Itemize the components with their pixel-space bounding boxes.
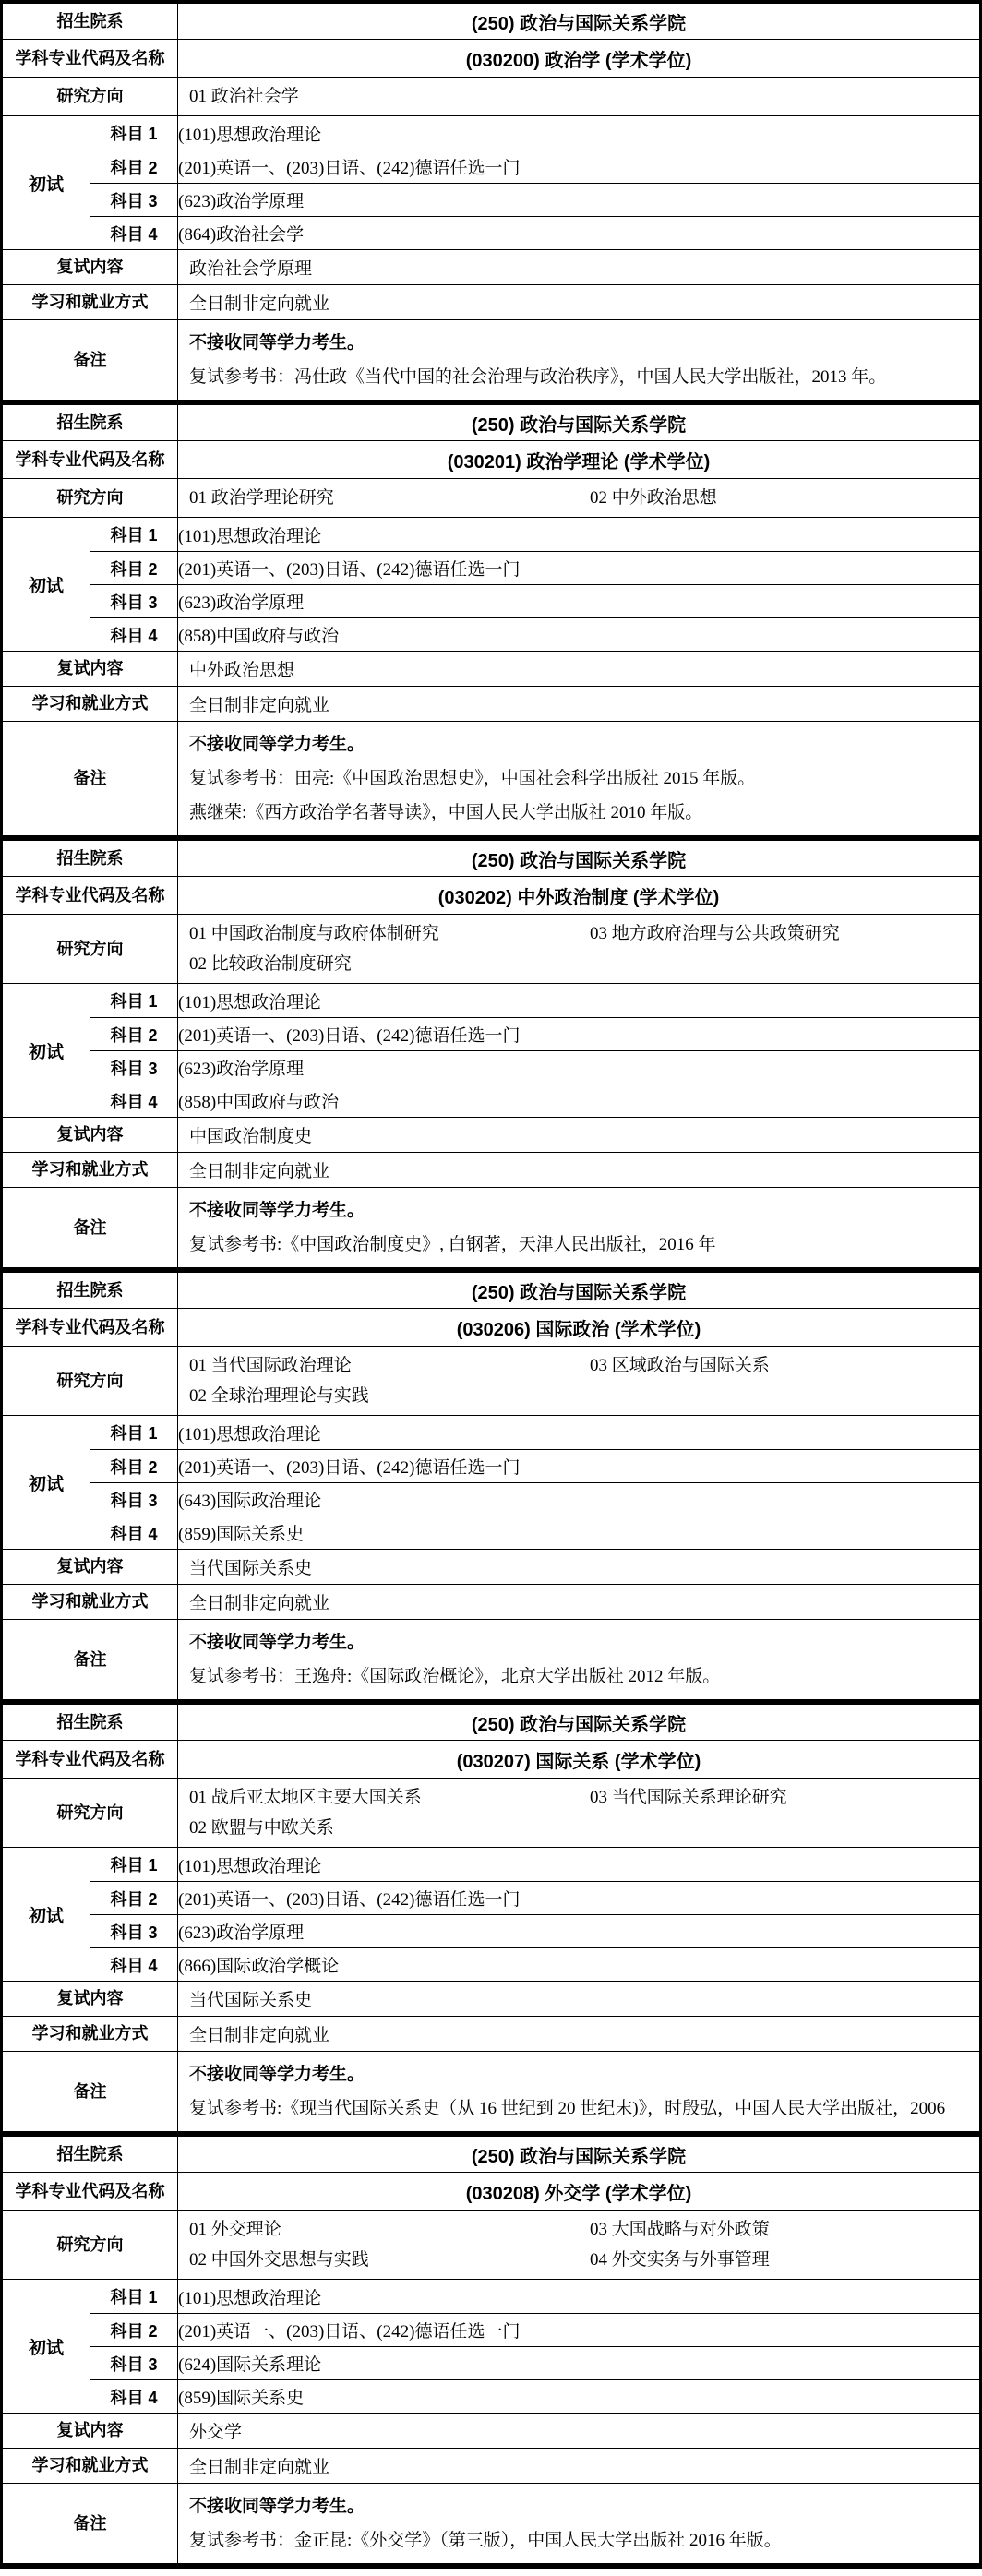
first-exam-label: 初试 <box>3 1848 90 1981</box>
retest-label: 复试内容 <box>3 652 178 686</box>
remark-label: 备注 <box>3 722 178 835</box>
remark-cell: 不接收同等学力考生。 复试参考书：田亮:《中国政治思想史》，中国社会科学出版社 … <box>178 722 979 835</box>
study-mode-label: 学习和就业方式 <box>3 2017 178 2051</box>
direction-item: 03 区域政治与国际关系 <box>590 1350 770 1381</box>
subject-value: (101)思想政治理论 <box>178 518 979 551</box>
major-label: 学科专业代码及名称 <box>3 441 178 478</box>
directions-label: 研究方向 <box>3 78 178 115</box>
study-mode-value: 全日制非定向就业 <box>178 2449 979 2483</box>
study-mode-row: 学习和就业方式 全日制非定向就业 <box>3 1153 979 1188</box>
major-label: 学科专业代码及名称 <box>3 877 178 914</box>
subject-value: (643)国际政治理论 <box>178 1482 979 1516</box>
retest-label: 复试内容 <box>3 1550 178 1584</box>
remark-label: 备注 <box>3 320 178 400</box>
direction-row: 02 比较政治制度研究 <box>189 949 968 979</box>
remark-row: 备注 不接收同等学力考生。 复试参考书：田亮:《中国政治思想史》，中国社会科学出… <box>3 722 979 835</box>
college-value: (250) 政治与国际关系学院 <box>178 2137 979 2172</box>
study-mode-value: 全日制非定向就业 <box>178 285 979 319</box>
subject-value: (201)英语一、(203)日语、(242)德语任选一门 <box>178 1881 979 1914</box>
direction-item: 03 大国战略与对外政策 <box>590 2214 770 2245</box>
major-value: (030206) 国际政治 (学术学位) <box>178 1309 979 1346</box>
first-exam-label: 初试 <box>3 2280 90 2413</box>
remark-line: 复试参考书：田亮:《中国政治思想史》，中国社会科学出版社 2015 年版。 <box>189 761 968 796</box>
direction-row: 01 政治学理论研究02 中外政治思想 <box>189 483 968 513</box>
admissions-table: 招生院系 (250) 政治与国际关系学院 学科专业代码及名称 (030200) … <box>0 0 982 2569</box>
remark-cell: 不接收同等学力考生。 复试参考书:《现当代国际关系史（从 16 世纪到 20 世… <box>178 2052 979 2131</box>
major-label: 学科专业代码及名称 <box>3 2173 178 2210</box>
subject-label: 科目 2 <box>90 551 178 584</box>
first-exam-row: 初试 科目 1(101)思想政治理论科目 2(201)英语一、(203)日语、(… <box>3 984 979 1118</box>
college-label: 招生院系 <box>3 2137 178 2172</box>
subject-label: 科目 3 <box>90 1050 178 1084</box>
subject-label: 科目 1 <box>90 1848 178 1881</box>
study-mode-value: 全日制非定向就业 <box>178 2017 979 2051</box>
college-row: 招生院系 (250) 政治与国际关系学院 <box>3 841 979 877</box>
major-row: 学科专业代码及名称 (030206) 国际政治 (学术学位) <box>3 1309 979 1347</box>
major-value: (030200) 政治学 (学术学位) <box>178 40 979 77</box>
college-row: 招生院系 (250) 政治与国际关系学院 <box>3 2137 979 2173</box>
subject-value: (624)国际关系理论 <box>178 2346 979 2379</box>
major-label: 学科专业代码及名称 <box>3 40 178 77</box>
subject-value: (101)思想政治理论 <box>178 116 979 150</box>
study-mode-value: 全日制非定向就业 <box>178 1585 979 1619</box>
retest-value: 外交学 <box>178 2414 979 2448</box>
subject-label: 科目 4 <box>90 2379 178 2413</box>
subjects-grid: 初试 科目 1(101)思想政治理论科目 2(201)英语一、(203)日语、(… <box>3 1848 979 1981</box>
directions-row: 研究方向 01 当代国际政治理论03 区域政治与国际关系02 全球治理理论与实践 <box>3 1347 979 1416</box>
study-mode-label: 学习和就业方式 <box>3 285 178 319</box>
subject-value: (858)中国政府与政治 <box>178 1084 979 1117</box>
directions-cell: 01 政治社会学 <box>178 78 979 115</box>
remark-line: 复试参考书:《中国政治制度史》, 白钢著，天津人民出版社，2016 年 <box>189 1228 968 1262</box>
subjects-grid: 初试 科目 1(101)思想政治理论科目 2(201)英语一、(203)日语、(… <box>3 116 979 249</box>
college-value: (250) 政治与国际关系学院 <box>178 841 979 876</box>
direction-row: 02 欧盟与中欧关系 <box>189 1813 968 1843</box>
study-mode-row: 学习和就业方式 全日制非定向就业 <box>3 687 979 722</box>
directions-label: 研究方向 <box>3 1347 178 1415</box>
first-exam-label: 初试 <box>3 1416 90 1549</box>
retest-row: 复试内容 外交学 <box>3 2414 979 2449</box>
direction-item: 01 当代国际政治理论 <box>189 1356 352 1375</box>
study-mode-row: 学习和就业方式 全日制非定向就业 <box>3 285 979 320</box>
first-exam-label: 初试 <box>3 518 90 651</box>
remark-bold-line: 不接收同等学力考生。 <box>189 2057 968 2091</box>
study-mode-row: 学习和就业方式 全日制非定向就业 <box>3 2017 979 2052</box>
subject-value: (623)政治学原理 <box>178 183 979 216</box>
directions-row: 研究方向 01 战后亚太地区主要大国关系03 当代国际关系理论研究02 欧盟与中… <box>3 1779 979 1848</box>
subject-value: (201)英语一、(203)日语、(242)德语任选一门 <box>178 150 979 183</box>
retest-value: 政治社会学原理 <box>178 250 979 284</box>
college-row: 招生院系 (250) 政治与国际关系学院 <box>3 4 979 40</box>
direction-row: 01 政治社会学 <box>189 81 968 112</box>
directions-row: 研究方向 01 政治学理论研究02 中外政治思想 <box>3 479 979 518</box>
subject-value: (101)思想政治理论 <box>178 1848 979 1881</box>
remark-row: 备注 不接收同等学力考生。 复试参考书:《现当代国际关系史（从 16 世纪到 2… <box>3 2052 979 2131</box>
study-mode-label: 学习和就业方式 <box>3 1585 178 1619</box>
direction-item: 02 中外政治思想 <box>590 483 717 513</box>
college-value: (250) 政治与国际关系学院 <box>178 1273 979 1308</box>
subject-value: (623)政治学原理 <box>178 1914 979 1947</box>
remark-bold-line: 不接收同等学力考生。 <box>189 2489 968 2523</box>
retest-row: 复试内容 当代国际关系史 <box>3 1550 979 1585</box>
college-row: 招生院系 (250) 政治与国际关系学院 <box>3 1705 979 1741</box>
directions-label: 研究方向 <box>3 915 178 983</box>
remark-line: 复试参考书：金正昆:《外交学》（第三版），中国人民大学出版社 2016 年版。 <box>189 2523 968 2558</box>
study-mode-label: 学习和就业方式 <box>3 2449 178 2483</box>
major-row: 学科专业代码及名称 (030208) 外交学 (学术学位) <box>3 2173 979 2211</box>
major-value: (030208) 外交学 (学术学位) <box>178 2173 979 2210</box>
program-block: 招生院系 (250) 政治与国际关系学院 学科专业代码及名称 (030201) … <box>3 405 979 835</box>
remark-cell: 不接收同等学力考生。 复试参考书:《中国政治制度史》, 白钢著，天津人民出版社，… <box>178 1188 979 1267</box>
direction-item: 03 当代国际关系理论研究 <box>590 1782 787 1813</box>
first-exam-row: 初试 科目 1(101)思想政治理论科目 2(201)英语一、(203)日语、(… <box>3 116 979 250</box>
directions-row: 研究方向 01 政治社会学 <box>3 78 979 116</box>
subject-value: (859)国际关系史 <box>178 1516 979 1549</box>
direction-row: 02 全球治理理论与实践 <box>189 1381 968 1411</box>
major-row: 学科专业代码及名称 (030201) 政治学理论 (学术学位) <box>3 441 979 479</box>
subject-value: (623)政治学原理 <box>178 584 979 617</box>
directions-row: 研究方向 01 中国政治制度与政府体制研究03 地方政府治理与公共政策研究02 … <box>3 915 979 984</box>
subject-label: 科目 3 <box>90 2346 178 2379</box>
first-exam-row: 初试 科目 1(101)思想政治理论科目 2(201)英语一、(203)日语、(… <box>3 1416 979 1550</box>
subject-label: 科目 2 <box>90 150 178 183</box>
subject-value: (866)国际政治学概论 <box>178 1947 979 1981</box>
subject-value: (859)国际关系史 <box>178 2379 979 2413</box>
remark-row: 备注 不接收同等学力考生。 复试参考书：王逸舟:《国际政治概论》，北京大学出版社… <box>3 1620 979 1699</box>
subjects-grid: 初试 科目 1(101)思想政治理论科目 2(201)英语一、(203)日语、(… <box>3 984 979 1117</box>
subject-label: 科目 1 <box>90 116 178 150</box>
subject-label: 科目 2 <box>90 2313 178 2346</box>
retest-row: 复试内容 当代国际关系史 <box>3 1982 979 2017</box>
direction-row: 01 中国政治制度与政府体制研究03 地方政府治理与公共政策研究 <box>189 918 968 949</box>
first-exam-row: 初试 科目 1(101)思想政治理论科目 2(201)英语一、(203)日语、(… <box>3 518 979 652</box>
major-row: 学科专业代码及名称 (030200) 政治学 (学术学位) <box>3 40 979 78</box>
subject-value: (101)思想政治理论 <box>178 2280 979 2313</box>
remark-bold-line: 不接收同等学力考生。 <box>189 1625 968 1659</box>
remark-line: 复试参考书：冯仕政《当代中国的社会治理与政治秩序》，中国人民大学出版社，2013… <box>189 360 968 394</box>
retest-value: 当代国际关系史 <box>178 1550 979 1584</box>
study-mode-label: 学习和就业方式 <box>3 1153 178 1187</box>
direction-item: 01 政治学理论研究 <box>189 488 334 508</box>
subjects-grid: 初试 科目 1(101)思想政治理论科目 2(201)英语一、(203)日语、(… <box>3 518 979 651</box>
remark-label: 备注 <box>3 2052 178 2131</box>
retest-row: 复试内容 中外政治思想 <box>3 652 979 687</box>
directions-label: 研究方向 <box>3 2211 178 2279</box>
retest-value: 中外政治思想 <box>178 652 979 686</box>
subject-value: (201)英语一、(203)日语、(242)德语任选一门 <box>178 1449 979 1482</box>
college-value: (250) 政治与国际关系学院 <box>178 405 979 440</box>
college-value: (250) 政治与国际关系学院 <box>178 1705 979 1740</box>
direction-item: 01 战后亚太地区主要大国关系 <box>189 1788 422 1807</box>
first-exam-label: 初试 <box>3 116 90 249</box>
college-label: 招生院系 <box>3 1273 178 1308</box>
remark-cell: 不接收同等学力考生。 复试参考书：王逸舟:《国际政治概论》，北京大学出版社 20… <box>178 1620 979 1699</box>
retest-label: 复试内容 <box>3 2414 178 2448</box>
program-block: 招生院系 (250) 政治与国际关系学院 学科专业代码及名称 (030206) … <box>3 1273 979 1699</box>
college-label: 招生院系 <box>3 405 178 440</box>
subjects-grid: 初试 科目 1(101)思想政治理论科目 2(201)英语一、(203)日语、(… <box>3 1416 979 1549</box>
subject-label: 科目 1 <box>90 984 178 1017</box>
subject-label: 科目 3 <box>90 1482 178 1516</box>
remark-cell: 不接收同等学力考生。 复试参考书：金正昆:《外交学》（第三版），中国人民大学出版… <box>178 2484 979 2563</box>
remark-bold-line: 不接收同等学力考生。 <box>189 1193 968 1228</box>
bottom-padding <box>0 2569 982 2576</box>
major-label: 学科专业代码及名称 <box>3 1309 178 1346</box>
directions-row: 研究方向 01 外交理论03 大国战略与对外政策02 中国外交思想与实践04 外… <box>3 2211 979 2280</box>
subject-label: 科目 3 <box>90 183 178 216</box>
subject-label: 科目 4 <box>90 1084 178 1117</box>
first-exam-row: 初试 科目 1(101)思想政治理论科目 2(201)英语一、(203)日语、(… <box>3 1848 979 1982</box>
major-row: 学科专业代码及名称 (030202) 中外政治制度 (学术学位) <box>3 877 979 915</box>
direction-item: 01 外交理论 <box>189 2220 281 2239</box>
direction-row: 01 战后亚太地区主要大国关系03 当代国际关系理论研究 <box>189 1782 968 1813</box>
retest-label: 复试内容 <box>3 1118 178 1152</box>
major-row: 学科专业代码及名称 (030207) 国际关系 (学术学位) <box>3 1741 979 1779</box>
major-label: 学科专业代码及名称 <box>3 1741 178 1778</box>
college-row: 招生院系 (250) 政治与国际关系学院 <box>3 1273 979 1309</box>
direction-row: 02 中国外交思想与实践04 外交实务与外事管理 <box>189 2245 968 2275</box>
remark-line: 复试参考书：王逸舟:《国际政治概论》，北京大学出版社 2012 年版。 <box>189 1659 968 1694</box>
remark-label: 备注 <box>3 1620 178 1699</box>
direction-item: 02 中国外交思想与实践 <box>189 2250 369 2270</box>
remark-bold-line: 不接收同等学力考生。 <box>189 727 968 761</box>
directions-label: 研究方向 <box>3 479 178 517</box>
subject-label: 科目 4 <box>90 1516 178 1549</box>
directions-cell: 01 当代国际政治理论03 区域政治与国际关系02 全球治理理论与实践 <box>178 1347 979 1415</box>
subject-label: 科目 1 <box>90 1416 178 1449</box>
study-mode-label: 学习和就业方式 <box>3 687 178 721</box>
remark-row: 备注 不接收同等学力考生。 复试参考书:《中国政治制度史》, 白钢著，天津人民出… <box>3 1188 979 1267</box>
subject-value: (864)政治社会学 <box>178 216 979 249</box>
major-value: (030207) 国际关系 (学术学位) <box>178 1741 979 1778</box>
subject-label: 科目 2 <box>90 1449 178 1482</box>
subject-label: 科目 2 <box>90 1881 178 1914</box>
retest-label: 复试内容 <box>3 250 178 284</box>
subject-label: 科目 4 <box>90 216 178 249</box>
retest-row: 复试内容 中国政治制度史 <box>3 1118 979 1153</box>
retest-row: 复试内容 政治社会学原理 <box>3 250 979 285</box>
study-mode-row: 学习和就业方式 全日制非定向就业 <box>3 2449 979 2484</box>
directions-label: 研究方向 <box>3 1779 178 1847</box>
directions-cell: 01 中国政治制度与政府体制研究03 地方政府治理与公共政策研究02 比较政治制… <box>178 915 979 983</box>
remark-label: 备注 <box>3 1188 178 1267</box>
study-mode-value: 全日制非定向就业 <box>178 1153 979 1187</box>
program-blocks: 招生院系 (250) 政治与国际关系学院 学科专业代码及名称 (030200) … <box>3 4 979 2569</box>
first-exam-row: 初试 科目 1(101)思想政治理论科目 2(201)英语一、(203)日语、(… <box>3 2280 979 2414</box>
direction-item: 04 外交实务与外事管理 <box>590 2245 770 2275</box>
college-row: 招生院系 (250) 政治与国际关系学院 <box>3 405 979 441</box>
college-label: 招生院系 <box>3 1705 178 1740</box>
remark-row: 备注 不接收同等学力考生。 复试参考书：金正昆:《外交学》（第三版），中国人民大… <box>3 2484 979 2563</box>
subjects-grid: 初试 科目 1(101)思想政治理论科目 2(201)英语一、(203)日语、(… <box>3 2280 979 2413</box>
remark-row: 备注 不接收同等学力考生。 复试参考书：冯仕政《当代中国的社会治理与政治秩序》，… <box>3 320 979 400</box>
directions-cell: 01 外交理论03 大国战略与对外政策02 中国外交思想与实践04 外交实务与外… <box>178 2211 979 2279</box>
subject-value: (623)政治学原理 <box>178 1050 979 1084</box>
direction-item: 01 中国政治制度与政府体制研究 <box>189 924 439 943</box>
direction-row: 01 外交理论03 大国战略与对外政策 <box>189 2214 968 2245</box>
remark-line: 复试参考书:《现当代国际关系史（从 16 世纪到 20 世纪末)》，时殷弘，中国… <box>189 2091 968 2126</box>
retest-label: 复试内容 <box>3 1982 178 2016</box>
retest-value: 中国政治制度史 <box>178 1118 979 1152</box>
subject-label: 科目 1 <box>90 2280 178 2313</box>
program-block: 招生院系 (250) 政治与国际关系学院 学科专业代码及名称 (030200) … <box>3 4 979 400</box>
direction-item: 02 欧盟与中欧关系 <box>189 1818 334 1838</box>
subject-value: (858)中国政府与政治 <box>178 617 979 651</box>
program-block: 招生院系 (250) 政治与国际关系学院 学科专业代码及名称 (030202) … <box>3 841 979 1267</box>
retest-value: 当代国际关系史 <box>178 1982 979 2016</box>
direction-item: 02 全球治理理论与实践 <box>189 1386 369 1406</box>
study-mode-value: 全日制非定向就业 <box>178 687 979 721</box>
first-exam-label: 初试 <box>3 984 90 1117</box>
major-value: (030201) 政治学理论 (学术学位) <box>178 441 979 478</box>
college-value: (250) 政治与国际关系学院 <box>178 4 979 39</box>
remark-bold-line: 不接收同等学力考生。 <box>189 326 968 360</box>
subject-label: 科目 2 <box>90 1017 178 1050</box>
subject-label: 科目 3 <box>90 1914 178 1947</box>
remark-line: 燕继荣:《西方政治学名著导读》，中国人民大学出版社 2010 年版。 <box>189 796 968 830</box>
directions-cell: 01 政治学理论研究02 中外政治思想 <box>178 479 979 517</box>
subject-label: 科目 4 <box>90 617 178 651</box>
subject-label: 科目 3 <box>90 584 178 617</box>
remark-label: 备注 <box>3 2484 178 2563</box>
direction-item: 01 政治社会学 <box>189 87 299 106</box>
major-value: (030202) 中外政治制度 (学术学位) <box>178 877 979 914</box>
subject-label: 科目 1 <box>90 518 178 551</box>
college-label: 招生院系 <box>3 841 178 876</box>
remark-cell: 不接收同等学力考生。 复试参考书：冯仕政《当代中国的社会治理与政治秩序》，中国人… <box>178 320 979 400</box>
subject-value: (101)思想政治理论 <box>178 984 979 1017</box>
direction-item: 02 比较政治制度研究 <box>189 954 352 974</box>
direction-item: 03 地方政府治理与公共政策研究 <box>590 918 840 949</box>
directions-cell: 01 战后亚太地区主要大国关系03 当代国际关系理论研究02 欧盟与中欧关系 <box>178 1779 979 1847</box>
college-label: 招生院系 <box>3 4 178 39</box>
subject-value: (201)英语一、(203)日语、(242)德语任选一门 <box>178 551 979 584</box>
subject-value: (101)思想政治理论 <box>178 1416 979 1449</box>
program-block: 招生院系 (250) 政治与国际关系学院 学科专业代码及名称 (030208) … <box>3 2137 979 2563</box>
subject-value: (201)英语一、(203)日语、(242)德语任选一门 <box>178 1017 979 1050</box>
study-mode-row: 学习和就业方式 全日制非定向就业 <box>3 1585 979 1620</box>
subject-value: (201)英语一、(203)日语、(242)德语任选一门 <box>178 2313 979 2346</box>
program-block: 招生院系 (250) 政治与国际关系学院 学科专业代码及名称 (030207) … <box>3 1705 979 2131</box>
subject-label: 科目 4 <box>90 1947 178 1981</box>
direction-row: 01 当代国际政治理论03 区域政治与国际关系 <box>189 1350 968 1381</box>
